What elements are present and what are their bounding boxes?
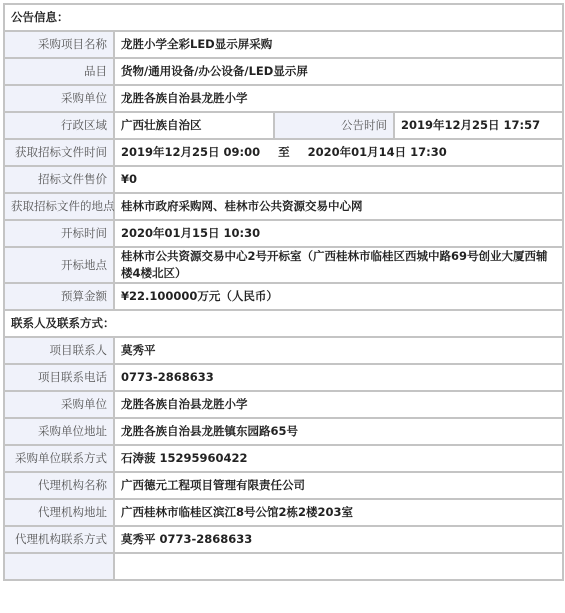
row-agency-address: 代理机构地址 广西桂林市临桂区滨江8号公馆2栋2楼203室 <box>4 499 563 526</box>
row-category: 品目 货物/通用设备/办公设备/LED显示屏 <box>4 58 563 85</box>
row-doc-location: 获取招标文件的地点 桂林市政府采购网、桂林市公共资源交易中心网 <box>4 193 563 220</box>
value-project-phone: 0773-2868633 <box>114 364 563 391</box>
value-agency-address: 广西桂林市临桂区滨江8号公馆2栋2楼203室 <box>114 499 563 526</box>
value-budget: ¥22.100000万元（人民币） <box>114 283 563 310</box>
value-doc-time: 2019年12月25日 09:00至2020年01月14日 17:30 <box>114 139 563 166</box>
value-doc-price: ¥0 <box>114 166 563 193</box>
doc-time-separator: 至 <box>278 145 290 159</box>
notice-container: 公告信息： 采购项目名称 龙胜小学全彩LED显示屏采购 品目 货物/通用设备/办… <box>3 3 562 581</box>
value-purchaser: 龙胜各族自治县龙胜小学 <box>114 85 563 112</box>
label-open-time: 开标时间 <box>4 220 114 247</box>
value-region: 广西壮族自治区 <box>114 112 274 139</box>
row-project-contact: 项目联系人 莫秀平 <box>4 337 563 364</box>
row-doc-time: 获取招标文件时间 2019年12月25日 09:00至2020年01月14日 1… <box>4 139 563 166</box>
value-publish-time: 2019年12月25日 17:57 <box>394 112 563 139</box>
label-publish-time: 公告时间 <box>274 112 394 139</box>
label-project-name: 采购项目名称 <box>4 31 114 58</box>
row-trailing <box>4 553 563 580</box>
row-contact-purchaser: 采购单位 龙胜各族自治县龙胜小学 <box>4 391 563 418</box>
section-title-notice-info: 公告信息： <box>4 4 563 31</box>
value-agency-name: 广西德元工程项目管理有限责任公司 <box>114 472 563 499</box>
label-agency-name: 代理机构名称 <box>4 472 114 499</box>
value-project-name: 龙胜小学全彩LED显示屏采购 <box>114 31 563 58</box>
label-doc-location: 获取招标文件的地点 <box>4 193 114 220</box>
value-purchaser-address: 龙胜各族自治县龙胜镇东园路65号 <box>114 418 563 445</box>
notice-info-table: 公告信息： 采购项目名称 龙胜小学全彩LED显示屏采购 品目 货物/通用设备/办… <box>3 3 564 581</box>
label-open-location: 开标地点 <box>4 247 114 283</box>
label-doc-price: 招标文件售价 <box>4 166 114 193</box>
label-purchaser: 采购单位 <box>4 85 114 112</box>
row-agency-name: 代理机构名称 广西德元工程项目管理有限责任公司 <box>4 472 563 499</box>
value-project-contact: 莫秀平 <box>114 337 563 364</box>
row-open-time: 开标时间 2020年01月15日 10:30 <box>4 220 563 247</box>
label-region: 行政区域 <box>4 112 114 139</box>
label-project-contact: 项目联系人 <box>4 337 114 364</box>
label-category: 品目 <box>4 58 114 85</box>
row-project-phone: 项目联系电话 0773-2868633 <box>4 364 563 391</box>
label-agency-address: 代理机构地址 <box>4 499 114 526</box>
label-project-phone: 项目联系电话 <box>4 364 114 391</box>
value-open-time: 2020年01月15日 10:30 <box>114 220 563 247</box>
row-purchaser-address: 采购单位地址 龙胜各族自治县龙胜镇东园路65号 <box>4 418 563 445</box>
label-contact-purchaser: 采购单位 <box>4 391 114 418</box>
label-purchaser-address: 采购单位地址 <box>4 418 114 445</box>
label-doc-time: 获取招标文件时间 <box>4 139 114 166</box>
label-purchaser-contact: 采购单位联系方式 <box>4 445 114 472</box>
row-open-location: 开标地点 桂林市公共资源交易中心2号开标室（广西桂林市临桂区西城中路69号创业大… <box>4 247 563 283</box>
row-agency-contact: 代理机构联系方式 莫秀平 0773-2868633 <box>4 526 563 553</box>
row-budget: 预算金额 ¥22.100000万元（人民币） <box>4 283 563 310</box>
value-doc-location: 桂林市政府采购网、桂林市公共资源交易中心网 <box>114 193 563 220</box>
label-agency-contact: 代理机构联系方式 <box>4 526 114 553</box>
value-agency-contact: 莫秀平 0773-2868633 <box>114 526 563 553</box>
doc-time-end: 2020年01月14日 17:30 <box>308 145 447 159</box>
section-title-contacts: 联系人及联系方式： <box>4 310 563 337</box>
row-region-publish-time: 行政区域 广西壮族自治区 公告时间 2019年12月25日 17:57 <box>4 112 563 139</box>
doc-time-start: 2019年12月25日 09:00 <box>121 145 260 159</box>
section-header-contacts: 联系人及联系方式： <box>4 310 563 337</box>
label-trailing-empty <box>4 553 114 580</box>
value-category: 货物/通用设备/办公设备/LED显示屏 <box>114 58 563 85</box>
value-purchaser-contact: 石涛菠 15295960422 <box>114 445 563 472</box>
section-header-notice: 公告信息： <box>4 4 563 31</box>
row-doc-price: 招标文件售价 ¥0 <box>4 166 563 193</box>
value-contact-purchaser: 龙胜各族自治县龙胜小学 <box>114 391 563 418</box>
value-trailing-empty <box>114 553 563 580</box>
value-open-location: 桂林市公共资源交易中心2号开标室（广西桂林市临桂区西城中路69号创业大厦西辅楼4… <box>114 247 563 283</box>
row-purchaser-contact: 采购单位联系方式 石涛菠 15295960422 <box>4 445 563 472</box>
row-project-name: 采购项目名称 龙胜小学全彩LED显示屏采购 <box>4 31 563 58</box>
row-purchaser: 采购单位 龙胜各族自治县龙胜小学 <box>4 85 563 112</box>
label-budget: 预算金额 <box>4 283 114 310</box>
